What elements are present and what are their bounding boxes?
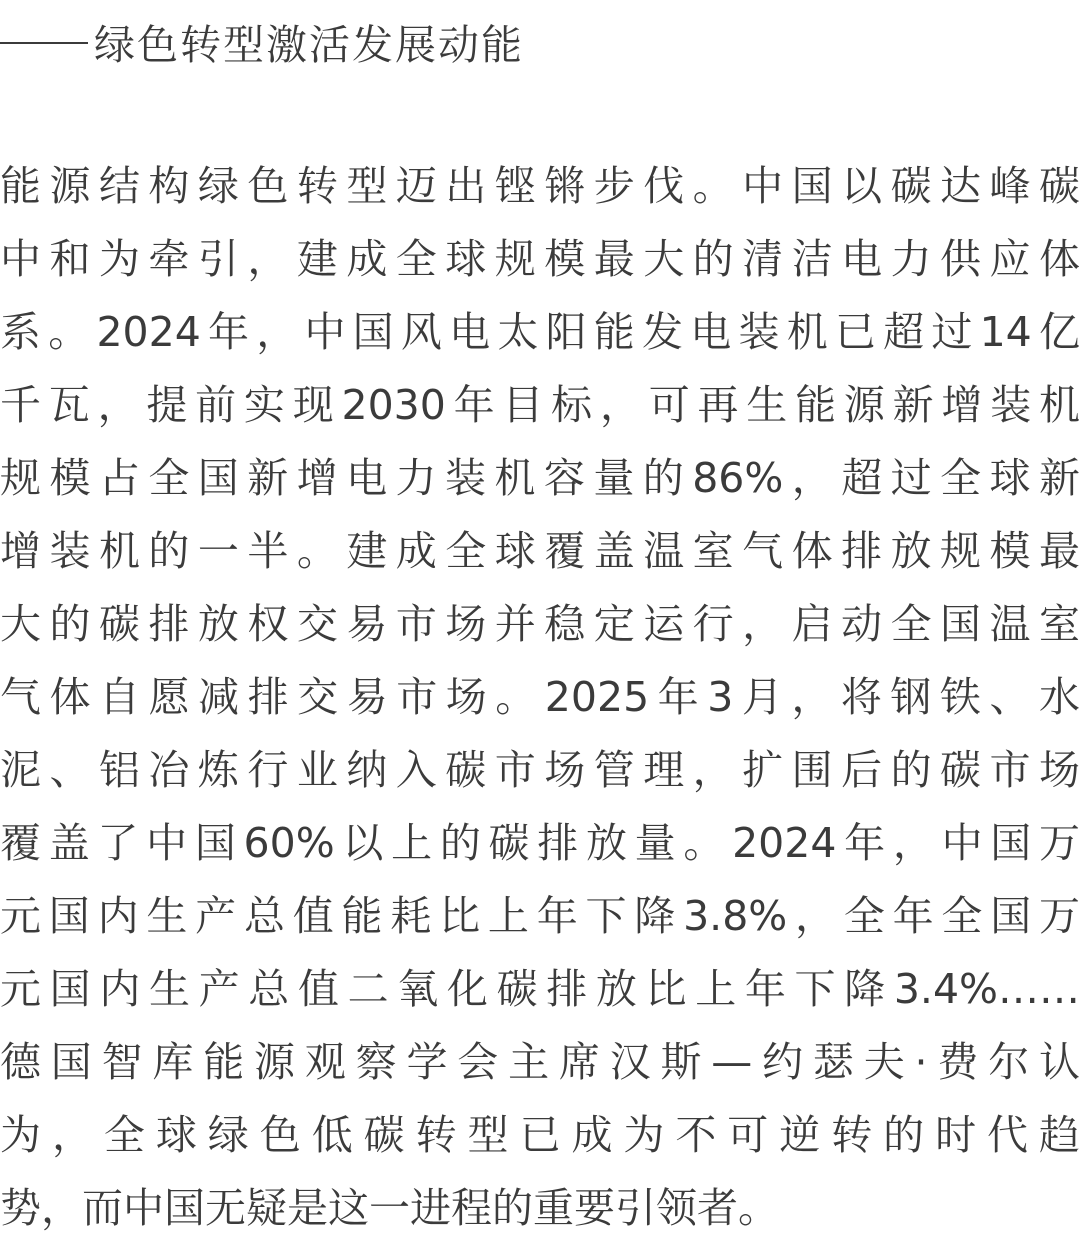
paragraph-line: 德国智库能源观察学会主席汉斯—约瑟夫·费尔认 bbox=[0, 1026, 1080, 1099]
subtitle-text: 绿色转型激活发展动能 bbox=[94, 12, 524, 71]
paragraph-line: 大的碳排放权交易市场并稳定运行，启动全国温室 bbox=[0, 588, 1080, 661]
paragraph-line: 气体自愿减排交易市场。2025年3月，将钢铁、水 bbox=[0, 661, 1080, 734]
paragraph-line: 泥、铝冶炼行业纳入碳市场管理，扩围后的碳市场 bbox=[0, 734, 1080, 807]
paragraph-line: 能源结构绿色转型迈出铿锵步伐。中国以碳达峰碳 bbox=[0, 150, 1080, 223]
paragraph-line: 中和为牵引，建成全球规模最大的清洁电力供应体 bbox=[0, 223, 1080, 296]
section-subtitle: 绿色转型激活发展动能 bbox=[0, 14, 524, 68]
paragraph-line: 势，而中国无疑是这一进程的重要引领者。 bbox=[0, 1172, 1080, 1245]
article-paragraph: 能源结构绿色转型迈出铿锵步伐。中国以碳达峰碳 中和为牵引，建成全球规模最大的清洁… bbox=[0, 150, 1080, 1245]
em-dash-divider bbox=[0, 42, 88, 44]
paragraph-line: 覆盖了中国60%以上的碳排放量。2024年，中国万 bbox=[0, 807, 1080, 880]
paragraph-line: 元国内生产总值二氧化碳排放比上年下降3.4%…… bbox=[0, 953, 1080, 1026]
paragraph-line: 为，全球绿色低碳转型已成为不可逆转的时代趋 bbox=[0, 1099, 1080, 1172]
paragraph-line: 千瓦，提前实现2030年目标，可再生能源新增装机 bbox=[0, 369, 1080, 442]
paragraph-line: 元国内生产总值能耗比上年下降3.8%，全年全国万 bbox=[0, 880, 1080, 953]
paragraph-line: 系。2024年，中国风电太阳能发电装机已超过14亿 bbox=[0, 296, 1080, 369]
paragraph-line: 增装机的一半。建成全球覆盖温室气体排放规模最 bbox=[0, 515, 1080, 588]
paragraph-line: 规模占全国新增电力装机容量的86%，超过全球新 bbox=[0, 442, 1080, 515]
